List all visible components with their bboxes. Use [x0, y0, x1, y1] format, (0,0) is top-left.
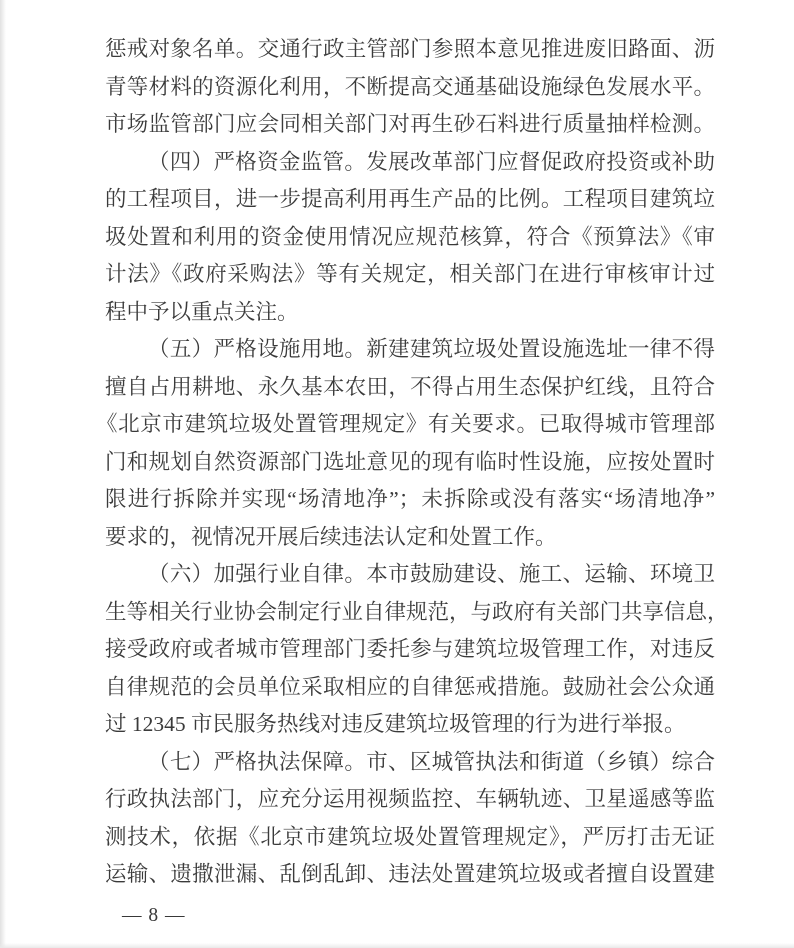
text-line: 的工程项目，进一步提高利用再生产品的比例。工程项目建筑垃 [105, 181, 715, 219]
page-number: — 8 — [122, 905, 186, 926]
scan-edge-left [0, 0, 6, 948]
paragraph-continuation: 惩戒对象名单。交通行政主管部门参照本意见推进废旧路面、沥 青等材料的资源化利用，… [105, 31, 715, 144]
text-line: （五）严格设施用地。新建建筑垃圾处置设施选址一律不得 [105, 331, 715, 369]
text-line: 自律规范的会员单位采取相应的自律惩戒措施。鼓励社会公众通 [105, 669, 715, 707]
scan-edge-bottom [0, 943, 794, 948]
text-line: （四）严格资金监管。发展改革部门应督促政府投资或补助 [105, 144, 715, 182]
text-line: 行政执法部门，应充分运用视频监控、车辆轨迹、卫星遥感等监 [105, 781, 715, 819]
paragraph-section-4: （四）严格资金监管。发展改革部门应督促政府投资或补助 的工程项目，进一步提高利用… [105, 144, 715, 332]
text-line: 《北京市建筑垃圾处置管理规定》有关要求。已取得城市管理部 [96, 406, 715, 444]
text-line: 测技术，依据《北京市建筑垃圾处置管理规定》，严厉打击无证 [105, 819, 715, 857]
text-line: 接受政府或者城市管理部门委托参与建筑垃圾管理工作，对违反 [105, 631, 715, 669]
text-line: 要求的，视情况开展后续违法认定和处置工作。 [105, 519, 715, 557]
document-body: 惩戒对象名单。交通行政主管部门参照本意见推进废旧路面、沥 青等材料的资源化利用，… [105, 31, 715, 894]
paragraph-section-6: （六）加强行业自律。本市鼓励建设、施工、运输、环境卫 生等相关行业协会制定行业自… [105, 556, 715, 744]
text-line: 惩戒对象名单。交通行政主管部门参照本意见推进废旧路面、沥 [105, 31, 715, 69]
text-line: 生等相关行业协会制定行业自律规范，与政府有关部门共享信息， [105, 594, 715, 632]
text-line: 市场监管部门应会同相关部门对再生砂石料进行质量抽样检测。 [105, 106, 715, 144]
text-line: 运输、遗撒泄漏、乱倒乱卸、违法处置建筑垃圾或者擅自设置建 [105, 856, 715, 894]
text-line: 门和规划自然资源部门选址意见的现有临时性设施，应按处置时 [105, 444, 715, 482]
text-line: （七）严格执法保障。市、区城管执法和街道（乡镇）综合 [105, 744, 715, 782]
text-line: 圾处置和利用的资金使用情况应规范核算，符合《预算法》《审 [105, 219, 715, 257]
paragraph-section-7: （七）严格执法保障。市、区城管执法和街道（乡镇）综合 行政执法部门，应充分运用视… [105, 744, 715, 894]
text-line: 擅自占用耕地、永久基本农田，不得占用生态保护红线，且符合 [105, 369, 715, 407]
text-line: 计法》《政府采购法》等有关规定，相关部门在进行审核审计过 [105, 256, 715, 294]
text-line: 青等材料的资源化利用，不断提高交通基础设施绿色发展水平。 [105, 69, 715, 107]
text-line: 程中予以重点关注。 [105, 294, 715, 332]
paragraph-section-5: （五）严格设施用地。新建建筑垃圾处置设施选址一律不得 擅自占用耕地、永久基本农田… [105, 331, 715, 556]
text-line: 过 12345 市民服务热线对违反建筑垃圾管理的行为进行举报。 [105, 706, 715, 744]
text-line: （六）加强行业自律。本市鼓励建设、施工、运输、环境卫 [105, 556, 715, 594]
page-footer: — 8 — [122, 902, 186, 930]
text-line: 限进行拆除并实现“场清地净”；未拆除或没有落实“场清地净” [105, 481, 715, 519]
